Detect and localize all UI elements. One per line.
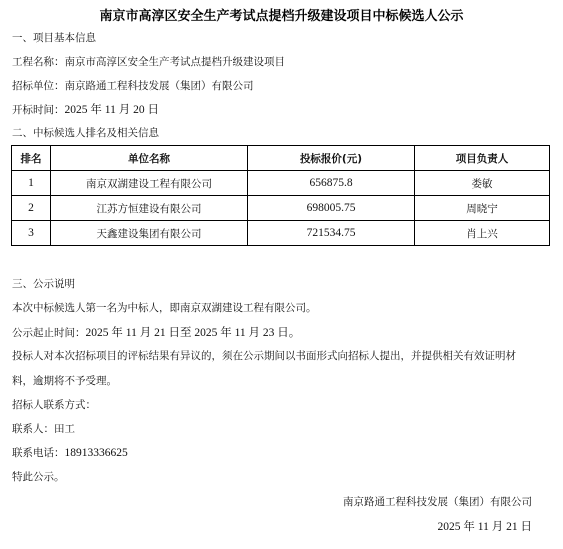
- publicity-period-value: 2025 年 11 月 21 日至 2025 年 11 月 23 日。: [86, 327, 301, 339]
- manager-cell: 娄敏: [415, 171, 550, 196]
- tenderer-label: 招标单位：: [12, 80, 65, 92]
- bid-cell: 721534.75: [248, 221, 415, 246]
- company-cell: 天鑫建设集团有限公司: [51, 221, 248, 246]
- publicity-period-row: 公示起止时间：2025 年 11 月 21 日至 2025 年 11 月 23 …: [12, 324, 300, 340]
- tenderer-value: 南京路通工程科技发展（集团）有限公司: [65, 80, 254, 92]
- project-name-row: 工程名称：南京市高淳区安全生产考试点提档升级建设项目: [12, 54, 285, 69]
- table-row: 2 江苏方恒建设有限公司 698005.75 周晓宁: [12, 196, 550, 221]
- table-row: 3 天鑫建设集团有限公司 721534.75 肖上兴: [12, 221, 550, 246]
- opening-date-value: 2025 年 11 月 20 日: [65, 104, 159, 116]
- manager-cell: 肖上兴: [415, 221, 550, 246]
- contact-phone-row: 联系电话：18913336625: [12, 445, 128, 460]
- section-3-heading: 三、公示说明: [12, 276, 75, 291]
- table-header-row: 排名 单位名称 投标报价(元) 项目负责人: [12, 146, 550, 171]
- contact-person-label: 联系人：: [12, 423, 54, 435]
- company-cell: 江苏方恒建设有限公司: [51, 196, 248, 221]
- contact-heading: 招标人联系方式：: [12, 397, 96, 412]
- header-company: 单位名称: [51, 146, 248, 171]
- winner-statement: 本次中标候选人第一名为中标人，即南京双湖建设工程有限公司。: [12, 300, 317, 315]
- header-rank: 排名: [12, 146, 51, 171]
- bid-cell: 656875.8: [248, 171, 415, 196]
- table-row: 1 南京双湖建设工程有限公司 656875.8 娄敏: [12, 171, 550, 196]
- header-manager: 项目负责人: [415, 146, 550, 171]
- tenderer-row: 招标单位：南京路通工程科技发展（集团）有限公司: [12, 78, 254, 93]
- page-title: 南京市高淳区安全生产考试点提档升级建设项目中标候选人公示: [0, 5, 563, 24]
- manager-cell: 周晓宁: [415, 196, 550, 221]
- opening-date-row: 开标时间：2025 年 11 月 20 日: [12, 101, 159, 117]
- contact-person-row: 联系人：田工: [12, 421, 75, 436]
- signature-date: 2025 年 11 月 21 日: [438, 518, 532, 534]
- section-1-heading: 一、项目基本信息: [12, 30, 96, 45]
- header-bid: 投标报价(元): [248, 146, 415, 171]
- candidates-table: 排名 单位名称 投标报价(元) 项目负责人 1 南京双湖建设工程有限公司 656…: [11, 145, 550, 246]
- company-cell: 南京双湖建设工程有限公司: [51, 171, 248, 196]
- project-name-value: 南京市高淳区安全生产考试点提档升级建设项目: [65, 56, 286, 68]
- rank-cell: 3: [12, 221, 51, 246]
- opening-date-label: 开标时间：: [12, 104, 65, 116]
- objection-text-line-1: 投标人对本次招标项目的评标结果有异议的，须在公示期间以书面形式向招标人提出，并提…: [12, 348, 516, 363]
- project-name-label: 工程名称：: [12, 56, 65, 68]
- bid-cell: 698005.75: [248, 196, 415, 221]
- publicity-period-label: 公示起止时间：: [12, 327, 86, 339]
- contact-phone-label: 联系电话：: [12, 447, 65, 459]
- rank-cell: 1: [12, 171, 51, 196]
- contact-phone-value: 18913336625: [65, 447, 128, 459]
- rank-cell: 2: [12, 196, 51, 221]
- signature-organization: 南京路通工程科技发展（集团）有限公司: [343, 494, 532, 509]
- objection-text-line-2: 料，逾期将不予受理。: [12, 373, 117, 388]
- contact-person-value: 田工: [54, 423, 75, 435]
- closing-statement: 特此公示。: [12, 469, 65, 484]
- section-2-heading: 二、中标候选人排名及相关信息: [12, 125, 159, 140]
